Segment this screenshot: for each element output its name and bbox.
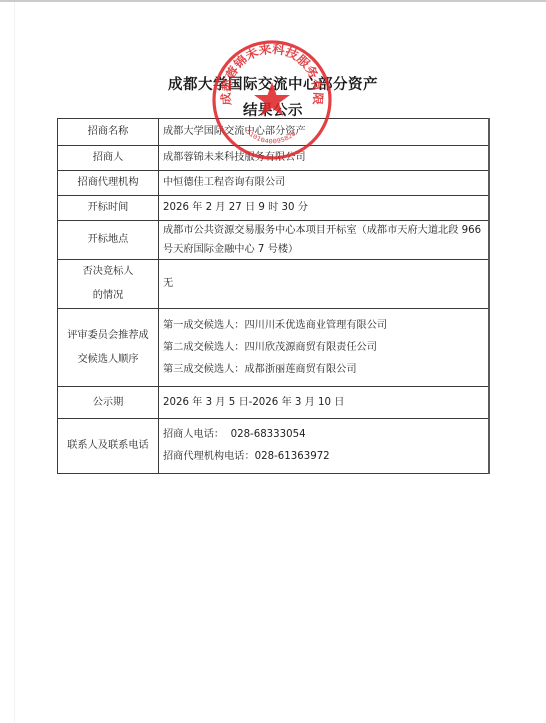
table-row-publicity-period: 公示期 2026 年 3 月 5 日-2026 年 3 月 10 日 [58, 387, 490, 419]
value-opening-location-line-1: 成都市公共资源交易服务中心本项目开标室（成都市天府大道北段 966 [163, 221, 484, 240]
label-opening-location: 开标地点 [58, 221, 159, 260]
value-publicity-period: 2026 年 3 月 5 日-2026 年 3 月 10 日 [159, 387, 490, 419]
label-inviter: 招商人 [58, 146, 159, 171]
value-opening-location-line-2: 号天府国际金融中心 7 号楼） [163, 240, 484, 259]
value-candidates: 第一成交候选人：四川川禾优选商业管理有限公司 第二成交候选人：四川欣茂源商贸有限… [159, 309, 490, 387]
label-candidates-line-1: 评审委员会推荐成 [58, 324, 158, 348]
document-title-line-1: 成都大学国际交流中心部分资产 [0, 73, 546, 94]
table-row-opening-location: 开标地点 成都市公共资源交易服务中心本项目开标室（成都市天府大道北段 966 号… [58, 221, 490, 260]
table-row-rejected-bidders: 否决竞标人 的情况 无 [58, 260, 490, 309]
label-candidates: 评审委员会推荐成 交候选人顺序 [58, 309, 159, 387]
value-opening-location: 成都市公共资源交易服务中心本项目开标室（成都市天府大道北段 966 号天府国际金… [159, 221, 490, 260]
candidate-third: 第三成交候选人：成都浙丽莲商贸有限公司 [163, 359, 484, 381]
contact-agency-phone: 招商代理机构电话：028-61363972 [163, 446, 484, 468]
value-contacts: 招商人电话： 028-68333054 招商代理机构电话：028-6136397… [159, 419, 490, 474]
value-project-name: 成都大学国际交流中心部分资产 [159, 119, 490, 146]
document-title-line-2: 结果公示 [0, 99, 546, 120]
value-agency: 中恒德佳工程咨询有限公司 [159, 171, 490, 196]
table-row-project-name: 招商名称 成都大学国际交流中心部分资产 [58, 119, 490, 146]
label-rejected-bidders: 否决竞标人 的情况 [58, 260, 159, 309]
label-candidates-line-2: 交候选人顺序 [58, 348, 158, 372]
seal-arc-text: 成都蓉锦未来科技服务有限公司 [210, 38, 325, 106]
table-row-agency: 招商代理机构 中恒德佳工程咨询有限公司 [58, 171, 490, 196]
label-agency: 招商代理机构 [58, 171, 159, 196]
label-rejected-bidders-line-2: 的情况 [58, 284, 158, 308]
table-row-opening-time: 开标时间 2026 年 2 月 27 日 9 时 30 分 [58, 196, 490, 221]
label-publicity-period: 公示期 [58, 387, 159, 419]
table-row-inviter: 招商人 成都蓉锦未来科技服务有限公司 [58, 146, 490, 171]
table-row-contacts: 联系人及联系电话 招商人电话： 028-68333054 招商代理机构电话：02… [58, 419, 490, 474]
candidate-second: 第二成交候选人：四川欣茂源商贸有限责任公司 [163, 337, 484, 359]
label-opening-time: 开标时间 [58, 196, 159, 221]
value-rejected-bidders: 无 [159, 260, 490, 309]
value-opening-time: 2026 年 2 月 27 日 9 时 30 分 [159, 196, 490, 221]
candidate-first: 第一成交候选人：四川川禾优选商业管理有限公司 [163, 315, 484, 337]
contact-inviter-phone: 招商人电话： 028-68333054 [163, 424, 484, 446]
label-project-name: 招商名称 [58, 119, 159, 146]
value-inviter: 成都蓉锦未来科技服务有限公司 [159, 146, 490, 171]
announcement-table: 招商名称 成都大学国际交流中心部分资产 招商人 成都蓉锦未来科技服务有限公司 招… [57, 118, 490, 474]
table-row-candidates: 评审委员会推荐成 交候选人顺序 第一成交候选人：四川川禾优选商业管理有限公司 第… [58, 309, 490, 387]
label-contacts: 联系人及联系电话 [58, 419, 159, 474]
label-rejected-bidders-line-1: 否决竞标人 [58, 260, 158, 284]
page-top-edge [0, 0, 546, 2]
